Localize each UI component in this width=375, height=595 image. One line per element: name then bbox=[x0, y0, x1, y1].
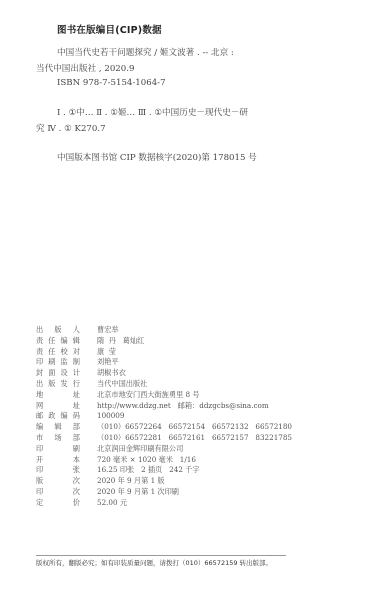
cip-title-line: 中国当代史若干问题探究 / 姬文波著 . -- 北京 : bbox=[57, 46, 234, 58]
credit-label-char: 版 bbox=[36, 476, 43, 487]
credit-label-char: 编 bbox=[61, 411, 68, 422]
credit-label-char: 部 bbox=[73, 433, 80, 444]
credit-value: 2020 年 9 月第 1 版 bbox=[97, 476, 336, 487]
credit-label-char: 址 bbox=[73, 401, 80, 412]
credit-label-char: 出 bbox=[36, 379, 43, 390]
credit-label: 印张 bbox=[36, 465, 80, 476]
credit-label: 出版人 bbox=[36, 325, 80, 336]
credit-value: 刘艳平 bbox=[97, 357, 336, 368]
credit-label-char: 发 bbox=[61, 379, 68, 390]
cip-isbn: ISBN 978-7-5154-1064-7 bbox=[57, 78, 166, 88]
credit-label-char: 版 bbox=[54, 325, 61, 336]
credit-label: 封面设计 bbox=[36, 368, 80, 379]
credit-label-char: 责 bbox=[36, 347, 43, 358]
credit-label-char: 次 bbox=[73, 487, 80, 498]
credit-value: 曹宏举 bbox=[97, 325, 336, 336]
credit-value: 胡椒书衣 bbox=[97, 368, 336, 379]
credit-label: 印刷 bbox=[36, 444, 80, 455]
credit-label-char: 址 bbox=[73, 390, 80, 401]
credit-row: 封面设计胡椒书衣 bbox=[36, 368, 336, 379]
credit-label: 开本 bbox=[36, 455, 80, 466]
credit-label-char: 人 bbox=[73, 325, 80, 336]
credit-label-char: 地 bbox=[36, 390, 43, 401]
cip-classification-line2: 究 Ⅳ . ① K270.7 bbox=[36, 122, 106, 134]
credit-row: 地址北京市地安门西大街旌勇里 8 号 bbox=[36, 390, 336, 401]
credit-label-char: 市 bbox=[36, 433, 43, 444]
credit-label: 编辑部 bbox=[36, 422, 80, 433]
credit-label-char: 监 bbox=[61, 357, 68, 368]
credit-label-char: 开 bbox=[36, 455, 43, 466]
credit-label-char: 对 bbox=[73, 347, 80, 358]
credit-row: 责任校对康 莹 bbox=[36, 347, 336, 358]
credit-label-char: 版 bbox=[48, 379, 55, 390]
credit-label-char: 刷 bbox=[48, 357, 55, 368]
credit-row: 编辑部（010）66572264 66572154 66572132 66572… bbox=[36, 422, 336, 433]
credit-label-char: 本 bbox=[73, 455, 80, 466]
credit-label-char: 网 bbox=[36, 401, 43, 412]
credit-label-char: 价 bbox=[73, 498, 80, 509]
credit-label-char: 刷 bbox=[73, 444, 80, 455]
credit-value: 100009 bbox=[97, 411, 336, 422]
credit-value: （010）66572281 66572161 66572157 83221785 bbox=[97, 433, 336, 444]
credit-label: 版次 bbox=[36, 476, 80, 487]
credit-label: 网址 bbox=[36, 401, 80, 412]
credits-block: 出版人曹宏举责任编辑隋 丹 葛灿红责任校对康 莹印刷监制刘艳平封面设计胡椒书衣出… bbox=[36, 325, 336, 509]
credit-row: 印次2020 年 9 月第 1 次印刷 bbox=[36, 487, 336, 498]
credit-label-char: 任 bbox=[48, 347, 55, 358]
credit-row: 出版发行当代中国出版社 bbox=[36, 379, 336, 390]
credit-row: 印张16.25 印张 2 插页 242 千字 bbox=[36, 465, 336, 476]
credit-label-char: 行 bbox=[73, 379, 80, 390]
credit-label-char: 邮 bbox=[36, 411, 43, 422]
divider-rule bbox=[36, 555, 286, 556]
credit-label: 定价 bbox=[36, 498, 80, 509]
credit-label-char: 定 bbox=[36, 498, 43, 509]
credit-value: 北京市地安门西大街旌勇里 8 号 bbox=[97, 390, 336, 401]
credit-value: 2020 年 9 月第 1 次印刷 bbox=[97, 487, 336, 498]
credit-label-char: 场 bbox=[54, 433, 61, 444]
credit-row: 市场部（010）66572281 66572161 66572157 83221… bbox=[36, 433, 336, 444]
credit-label-char: 部 bbox=[73, 422, 80, 433]
credit-label-char: 次 bbox=[73, 476, 80, 487]
credit-label: 责任校对 bbox=[36, 347, 80, 358]
credit-value: 720 毫米 × 1020 毫米 1/16 bbox=[97, 455, 336, 466]
credit-row: 定价52.00 元 bbox=[36, 498, 336, 509]
credit-row: 印刷北京润田金辉印刷有限公司 bbox=[36, 444, 336, 455]
credit-label-char: 制 bbox=[73, 357, 80, 368]
credit-label-char: 任 bbox=[48, 336, 55, 347]
credit-label-char: 印 bbox=[36, 465, 43, 476]
credit-label-char: 出 bbox=[36, 325, 43, 336]
credit-value: （010）66572264 66572154 66572132 66572180 bbox=[97, 422, 336, 433]
credit-label-char: 责 bbox=[36, 336, 43, 347]
credit-value: 康 莹 bbox=[97, 347, 336, 358]
copyright-notice: 版权所有，翻版必究；如有印装质量问题，请拨打（010）66572159 转出版部… bbox=[36, 558, 272, 567]
cip-classification-line1: Ⅰ . ①中… Ⅱ . ①姬… Ⅲ . ①中国历史－现代史－研 bbox=[57, 106, 248, 118]
credit-value: 当代中国出版社 bbox=[97, 379, 336, 390]
credit-row: 印刷监制刘艳平 bbox=[36, 357, 336, 368]
credit-label-char: 辑 bbox=[54, 422, 61, 433]
credit-row: 网址http://www.ddzg.net 邮箱：ddzgcbs@sina.co… bbox=[36, 401, 336, 412]
credit-value: 52.00 元 bbox=[97, 498, 336, 509]
credit-label: 印次 bbox=[36, 487, 80, 498]
credit-label-char: 码 bbox=[73, 411, 80, 422]
credit-label: 地址 bbox=[36, 390, 80, 401]
credit-label-char: 编 bbox=[36, 422, 43, 433]
credit-row: 责任编辑隋 丹 葛灿红 bbox=[36, 336, 336, 347]
credit-row: 邮政编码100009 bbox=[36, 411, 336, 422]
credit-label-char: 设 bbox=[61, 368, 68, 379]
credit-label-char: 印 bbox=[36, 357, 43, 368]
credit-label-char: 校 bbox=[61, 347, 68, 358]
cip-record-number: 中国版本图书馆 CIP 数据核字(2020)第 178015 号 bbox=[57, 151, 257, 163]
credit-label: 邮政编码 bbox=[36, 411, 80, 422]
credit-label-char: 辑 bbox=[73, 336, 80, 347]
cip-publisher-line: 当代中国出版社 , 2020.9 bbox=[36, 62, 134, 74]
credit-label-char: 编 bbox=[61, 336, 68, 347]
credit-label: 市场部 bbox=[36, 433, 80, 444]
credit-label: 出版发行 bbox=[36, 379, 80, 390]
credit-row: 版次2020 年 9 月第 1 版 bbox=[36, 476, 336, 487]
credit-value: 北京润田金辉印刷有限公司 bbox=[97, 444, 336, 455]
credit-label-char: 面 bbox=[48, 368, 55, 379]
credit-value: http://www.ddzg.net 邮箱：ddzgcbs@sina.com bbox=[97, 401, 336, 412]
cip-title: 图书在版编目(CIP)数据 bbox=[57, 22, 162, 36]
credit-row: 开本720 毫米 × 1020 毫米 1/16 bbox=[36, 455, 336, 466]
credit-label-char: 印 bbox=[36, 487, 43, 498]
credit-label-char: 张 bbox=[73, 465, 80, 476]
credit-label-char: 计 bbox=[73, 368, 80, 379]
credit-label: 责任编辑 bbox=[36, 336, 80, 347]
credit-label-char: 政 bbox=[48, 411, 55, 422]
credit-label-char: 封 bbox=[36, 368, 43, 379]
credit-label-char: 印 bbox=[36, 444, 43, 455]
credit-label: 印刷监制 bbox=[36, 357, 80, 368]
credit-value: 16.25 印张 2 插页 242 千字 bbox=[97, 465, 336, 476]
credit-value: 隋 丹 葛灿红 bbox=[97, 336, 336, 347]
credit-row: 出版人曹宏举 bbox=[36, 325, 336, 336]
